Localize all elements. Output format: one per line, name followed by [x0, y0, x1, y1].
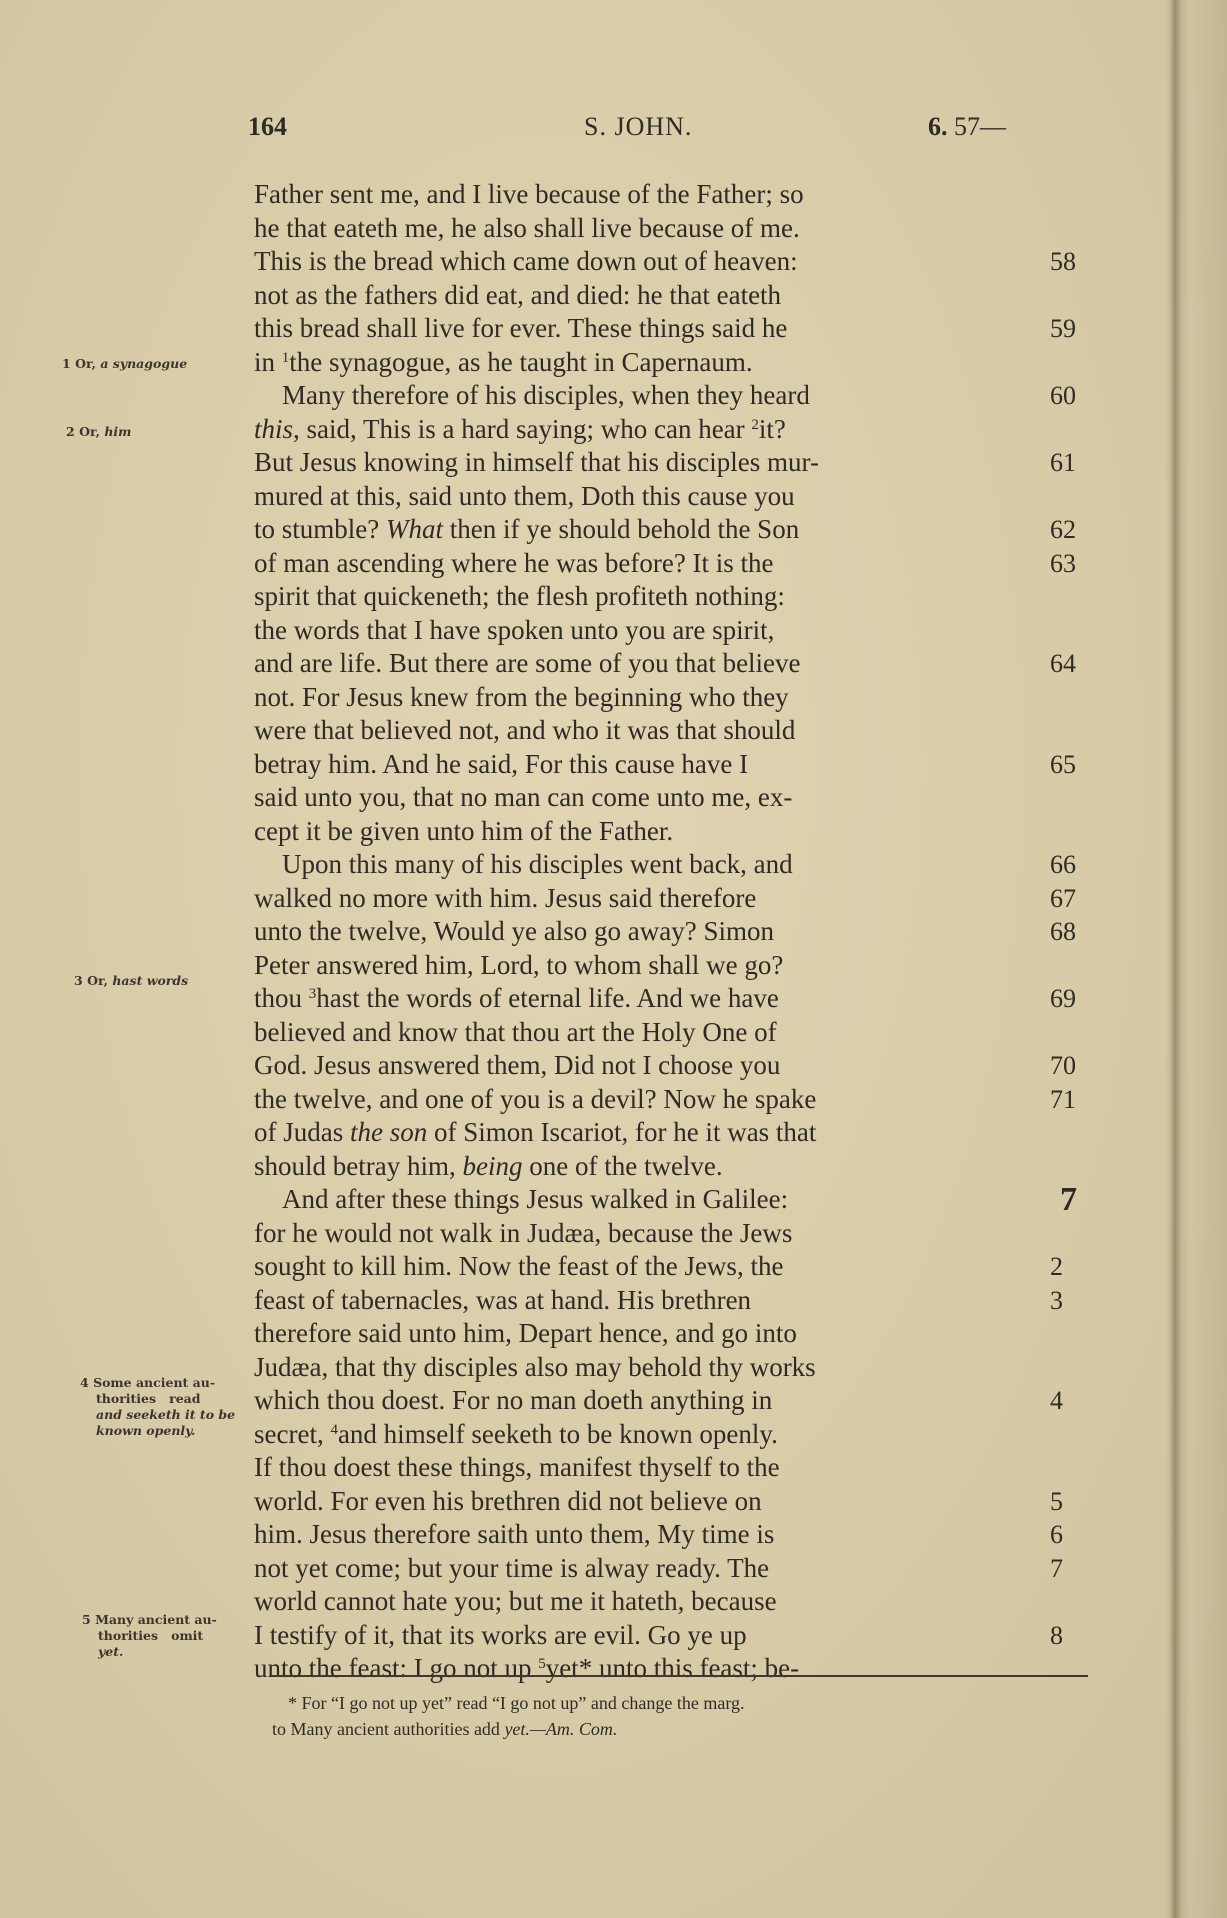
scripture-text: Father sent me, and I live because of th…: [254, 178, 1094, 1686]
verse-number: 61: [1050, 446, 1076, 480]
margin-note-1: 1 Or, a synagogue: [62, 356, 252, 372]
chapter-number: 6.: [928, 112, 948, 141]
line-body: hast the words of eternal life. And we h…: [316, 983, 779, 1013]
line-text: world. For even his brethren did not bel…: [254, 1486, 762, 1516]
line-body: world. For even his brethren did not bel…: [254, 1486, 762, 1516]
line-body: walked no more with him. Jesus said ther…: [254, 883, 756, 913]
line-body: If thou doest these things, manifest thy…: [254, 1452, 780, 1482]
line-body: world cannot hate you; but me it hateth,…: [254, 1586, 777, 1616]
line-text: betray him. And he said, For this cause …: [254, 749, 748, 779]
margin-note-line2: thorities omit: [82, 1628, 262, 1644]
verse-number: 2: [1050, 1250, 1063, 1284]
line-body: Judæa, that thy disciples also may behol…: [254, 1352, 816, 1382]
margin-note-reading: and seeketh it to be known openly.: [96, 1407, 235, 1438]
verse-number: 5: [1050, 1485, 1063, 1519]
chapter-number: 7: [1060, 1183, 1077, 1217]
line-text: Peter answered him, Lord, to whom shall …: [254, 950, 783, 980]
line-text: secret, 4and himself seeketh to be known…: [254, 1419, 778, 1449]
note-reference: 5: [538, 1656, 546, 1672]
text-line: him. Jesus therefore saith unto them, My…: [254, 1518, 1054, 1552]
line-body: therefore said unto him, Depart hence, a…: [254, 1318, 797, 1348]
note-reference: 2: [751, 417, 759, 433]
line-text: unto the twelve, Would ye also go away? …: [254, 916, 774, 946]
margin-note-label: Or,: [79, 424, 100, 439]
text-line: believed and know that thou art the Holy…: [254, 1016, 1054, 1050]
text-line: to stumble? What then if ye should behol…: [254, 513, 1054, 547]
line-prefix: in: [254, 347, 282, 377]
text-line: This is the bread which came down out of…: [254, 245, 1054, 279]
verse-number: 65: [1050, 748, 1076, 782]
line-text: mured at this, said unto them, Doth this…: [254, 481, 795, 511]
line-text: the twelve, and one of you is a devil? N…: [254, 1084, 816, 1114]
line-suffix: it?: [759, 414, 786, 444]
margin-note-reading: yet.: [98, 1644, 123, 1659]
verse-number: 58: [1050, 245, 1076, 279]
line-body: Upon this many of his disciples went bac…: [282, 849, 793, 879]
line-text: the words that I have spoken unto you ar…: [254, 615, 774, 645]
margin-note-line1: Many ancient au-: [95, 1612, 217, 1627]
line-text: thou 3hast the words of eternal life. An…: [254, 983, 779, 1013]
footnote-line-2: to Many ancient authorities add yet.—Am.…: [272, 1716, 1102, 1742]
text-line: cept it be given unto him of the Father.: [254, 815, 1054, 849]
text-line: Upon this many of his disciples went bac…: [254, 848, 1054, 882]
verse-number: 70: [1050, 1049, 1076, 1083]
line-body: sought to kill him. Now the feast of the…: [254, 1251, 783, 1281]
verse-number: 60: [1050, 379, 1076, 413]
margin-note-number: 3: [74, 973, 83, 988]
verse-start: 57—: [954, 112, 1006, 141]
line-body: This is the bread which came down out of…: [254, 246, 798, 276]
verse-number: 71: [1050, 1083, 1076, 1117]
line-body: betray him. And he said, For this cause …: [254, 749, 748, 779]
text-line: therefore said unto him, Depart hence, a…: [254, 1317, 1054, 1351]
line-text: God. Jesus answered them, Did not I choo…: [254, 1050, 780, 1080]
line-text: I testify of it, that its works are evil…: [254, 1620, 747, 1650]
line-text: And after these things Jesus walked in G…: [254, 1184, 788, 1214]
line-text: This is the bread which came down out of…: [254, 246, 798, 276]
line-text: But Jesus knowing in himself that his di…: [254, 447, 819, 477]
line-text: Many therefore of his disciples, when th…: [254, 380, 810, 410]
page-number: 164: [248, 112, 287, 142]
text-line: feast of tabernacles, was at hand. His b…: [254, 1284, 1054, 1318]
text-line: he that eateth me, he also shall live be…: [254, 212, 1054, 246]
text-line: which thou doest. For no man doeth anyth…: [254, 1384, 1054, 1418]
line-body: said unto you, that no man can come unto…: [254, 782, 792, 812]
line-text: walked no more with him. Jesus said ther…: [254, 883, 756, 913]
line-text: sought to kill him. Now the feast of the…: [254, 1251, 783, 1281]
text-line: not as the fathers did eat, and died: he…: [254, 279, 1054, 313]
line-text: feast of tabernacles, was at hand. His b…: [254, 1285, 751, 1315]
line-body: the twelve, and one of you is a devil? N…: [254, 1084, 816, 1114]
italic-word: being: [462, 1151, 522, 1181]
line-text: If thou doest these things, manifest thy…: [254, 1452, 780, 1482]
line-body: this bread shall live for ever. These th…: [254, 313, 787, 343]
line-body: Peter answered him, Lord, to whom shall …: [254, 950, 783, 980]
text-line: should betray him, being one of the twel…: [254, 1150, 1054, 1184]
line-body: believed and know that thou art the Holy…: [254, 1017, 777, 1047]
line-body: he that eateth me, he also shall live be…: [254, 213, 800, 243]
text-line: the twelve, and one of you is a devil? N…: [254, 1083, 1054, 1117]
margin-note-5: 5 Many ancient au- thorities omit yet.: [82, 1612, 262, 1660]
text-line: said unto you, that no man can come unto…: [254, 781, 1054, 815]
line-prefix: of Judas: [254, 1117, 350, 1147]
line-text: for he would not walk in Judæa, because …: [254, 1218, 792, 1248]
line-body: of Simon Iscariot, for he it was that: [427, 1117, 816, 1147]
line-text: should betray him, being one of the twel…: [254, 1151, 723, 1181]
line-body: then if ye should behold the Son: [443, 514, 799, 544]
line-text: believed and know that thou art the Holy…: [254, 1017, 777, 1047]
verse-number: 69: [1050, 982, 1076, 1016]
text-line: unto the twelve, Would ye also go away? …: [254, 915, 1054, 949]
line-body: the words that I have spoken unto you ar…: [254, 615, 774, 645]
line-text: of Judas the son of Simon Iscariot, for …: [254, 1117, 816, 1147]
text-line: thou 3hast the words of eternal life. An…: [254, 982, 1054, 1016]
footnote-divider: [272, 1675, 1088, 1677]
margin-note-line1: Some ancient au-: [93, 1375, 215, 1390]
line-text: Judæa, that thy disciples also may behol…: [254, 1352, 816, 1382]
footnote-text: to Many ancient authorities add: [272, 1719, 504, 1739]
margin-note-number: 4: [80, 1375, 89, 1390]
line-body: spirit that quickeneth; the flesh profit…: [254, 581, 785, 611]
text-line: for he would not walk in Judæa, because …: [254, 1217, 1054, 1251]
margin-note-reading: hast words: [112, 973, 188, 988]
text-line: Father sent me, and I live because of th…: [254, 178, 1054, 212]
text-line: And after these things Jesus walked in G…: [254, 1183, 1054, 1217]
verse-number: 3: [1050, 1284, 1063, 1318]
italic-word: What: [386, 514, 443, 544]
text-line: betray him. And he said, For this cause …: [254, 748, 1054, 782]
line-body: yet* unto this feast; be-: [546, 1653, 799, 1683]
text-line: Peter answered him, Lord, to whom shall …: [254, 949, 1054, 983]
margin-note-label: Or,: [87, 973, 108, 988]
text-line: God. Jesus answered them, Did not I choo…: [254, 1049, 1054, 1083]
text-line: spirit that quickeneth; the flesh profit…: [254, 580, 1054, 614]
line-body: Many therefore of his disciples, when th…: [282, 380, 810, 410]
text-line: Judæa, that thy disciples also may behol…: [254, 1351, 1054, 1385]
text-line: in 1the synagogue, as he taught in Caper…: [254, 346, 1054, 380]
line-body: one of the twelve.: [522, 1151, 722, 1181]
line-body: , said, This is a hard saying; who can h…: [293, 414, 751, 444]
margin-note-number: 5: [82, 1612, 91, 1627]
text-line: mured at this, said unto them, Doth this…: [254, 480, 1054, 514]
line-text: unto the feast: I go not up 5yet* unto t…: [254, 1653, 799, 1683]
margin-note-3: 3 Or, hast words: [74, 973, 264, 989]
text-line: of Judas the son of Simon Iscariot, for …: [254, 1116, 1054, 1150]
line-prefix: to stumble?: [254, 514, 386, 544]
text-line: But Jesus knowing in himself that his di…: [254, 446, 1054, 480]
verse-number: 62: [1050, 513, 1076, 547]
line-body: and are life. But there are some of you …: [254, 648, 801, 678]
line-body: unto the twelve, Would ye also go away? …: [254, 916, 774, 946]
text-line: the words that I have spoken unto you ar…: [254, 614, 1054, 648]
line-text: not yet come; but your time is alway rea…: [254, 1553, 769, 1583]
line-body: Father sent me, and I live because of th…: [254, 179, 804, 209]
line-body: not. For Jesus knew from the beginning w…: [254, 682, 789, 712]
margin-note-4: 4 Some ancient au- thorities read and se…: [80, 1375, 260, 1439]
line-text: therefore said unto him, Depart hence, a…: [254, 1318, 797, 1348]
running-head: 164 S. JOHN. 6. 57—: [248, 112, 1048, 148]
page-gutter-edge: [1165, 0, 1227, 1918]
line-text: to stumble? What then if ye should behol…: [254, 514, 799, 544]
text-line: unto the feast: I go not up 5yet* unto t…: [254, 1652, 1054, 1686]
text-line: were that believed not, and who it was t…: [254, 714, 1054, 748]
footnote: * For “I go not up yet” read “I go not u…: [272, 1690, 1102, 1742]
text-line: walked no more with him. Jesus said ther…: [254, 882, 1054, 916]
line-body: which thou doest. For no man doeth anyth…: [254, 1385, 772, 1415]
text-line: Many therefore of his disciples, when th…: [254, 379, 1054, 413]
line-text: of man ascending where he was before? It…: [254, 548, 774, 578]
line-text: world cannot hate you; but me it hateth,…: [254, 1586, 777, 1616]
italic-word: the son: [350, 1117, 427, 1147]
line-body: I testify of it, that its works are evil…: [254, 1620, 747, 1650]
line-body: and himself seeketh to be known openly.: [338, 1419, 778, 1449]
line-body: were that believed not, and who it was t…: [254, 715, 795, 745]
line-text: this bread shall live for ever. These th…: [254, 313, 787, 343]
note-reference: 4: [330, 1422, 338, 1438]
text-line: this bread shall live for ever. These th…: [254, 312, 1054, 346]
margin-note-number: 1: [62, 356, 71, 371]
line-body: But Jesus knowing in himself that his di…: [254, 447, 819, 477]
verse-number: 8: [1050, 1619, 1063, 1653]
text-line: sought to kill him. Now the feast of the…: [254, 1250, 1054, 1284]
line-body: And after these things Jesus walked in G…: [282, 1184, 788, 1214]
line-prefix: unto the feast: I go not up: [254, 1653, 538, 1683]
text-line: and are life. But there are some of you …: [254, 647, 1054, 681]
line-text: not as the fathers did eat, and died: he…: [254, 280, 781, 310]
line-text: which thou doest. For no man doeth anyth…: [254, 1385, 772, 1415]
verse-number: 66: [1050, 848, 1076, 882]
line-body: the synagogue, as he taught in Capernaum…: [289, 347, 752, 377]
line-text: in 1the synagogue, as he taught in Caper…: [254, 347, 753, 377]
line-prefix: secret,: [254, 1419, 330, 1449]
margin-note-line2: thorities read: [80, 1391, 260, 1407]
verse-number: 68: [1050, 915, 1076, 949]
verse-number: 7: [1050, 1552, 1063, 1586]
line-text: this, said, This is a hard saying; who c…: [254, 414, 786, 444]
line-prefix: should betray him,: [254, 1151, 462, 1181]
line-body: not as the fathers did eat, and died: he…: [254, 280, 781, 310]
line-body: God. Jesus answered them, Did not I choo…: [254, 1050, 780, 1080]
text-line: I testify of it, that its works are evil…: [254, 1619, 1054, 1653]
verse-number: 64: [1050, 647, 1076, 681]
line-body: him. Jesus therefore saith unto them, My…: [254, 1519, 774, 1549]
text-line: world. For even his brethren did not bel…: [254, 1485, 1054, 1519]
book-title: S. JOHN.: [584, 112, 692, 142]
text-line: of man ascending where he was before? It…: [254, 547, 1054, 581]
verse-number: 6: [1050, 1518, 1063, 1552]
margin-note-2: 2 Or, him: [66, 424, 256, 440]
line-text: spirit that quickeneth; the flesh profit…: [254, 581, 785, 611]
line-body: feast of tabernacles, was at hand. His b…: [254, 1285, 751, 1315]
margin-note-reading: him: [104, 424, 131, 439]
line-text: him. Jesus therefore saith unto them, My…: [254, 1519, 774, 1549]
text-line: this, said, This is a hard saying; who c…: [254, 413, 1054, 447]
margin-note-reading: a synagogue: [100, 356, 187, 371]
footnote-line-1: * For “I go not up yet” read “I go not u…: [272, 1690, 1102, 1716]
line-text: said unto you, that no man can come unto…: [254, 782, 792, 812]
line-body: cept it be given unto him of the Father.: [254, 816, 673, 846]
line-text: Upon this many of his disciples went bac…: [254, 849, 793, 879]
line-body: of man ascending where he was before? It…: [254, 548, 774, 578]
margin-note-number: 2: [66, 424, 75, 439]
text-line: world cannot hate you; but me it hateth,…: [254, 1585, 1054, 1619]
verse-number: 67: [1050, 882, 1076, 916]
text-line: secret, 4and himself seeketh to be known…: [254, 1418, 1054, 1452]
verse-number: 63: [1050, 547, 1076, 581]
text-line: not. For Jesus knew from the beginning w…: [254, 681, 1054, 715]
line-text: not. For Jesus knew from the beginning w…: [254, 682, 789, 712]
italic-word: this: [254, 414, 293, 444]
line-text: cept it be given unto him of the Father.: [254, 816, 673, 846]
text-line: If thou doest these things, manifest thy…: [254, 1451, 1054, 1485]
text-line: not yet come; but your time is alway rea…: [254, 1552, 1054, 1586]
chapter-verse-reference: 6. 57—: [928, 112, 1006, 142]
line-body: not yet come; but your time is alway rea…: [254, 1553, 769, 1583]
verse-number: 59: [1050, 312, 1076, 346]
line-text: were that believed not, and who it was t…: [254, 715, 795, 745]
line-body: for he would not walk in Judæa, because …: [254, 1218, 792, 1248]
line-text: Father sent me, and I live because of th…: [254, 179, 804, 209]
line-text: he that eateth me, he also shall live be…: [254, 213, 800, 243]
footnote-italic: yet.—Am. Com.: [504, 1719, 617, 1739]
margin-note-label: Or,: [75, 356, 96, 371]
line-body: mured at this, said unto them, Doth this…: [254, 481, 795, 511]
line-text: and are life. But there are some of you …: [254, 648, 801, 678]
verse-number: 4: [1050, 1384, 1063, 1418]
